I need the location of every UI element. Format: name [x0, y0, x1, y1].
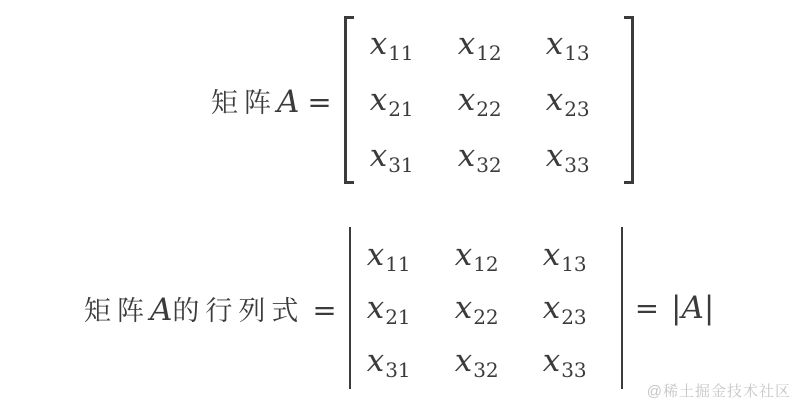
- matrix-cell: x12: [455, 230, 521, 280]
- matrix-entries-grid: x11x12x13x21x22x23x31x32x33: [354, 16, 624, 184]
- matrix-cell: x32: [455, 336, 521, 386]
- matrix-variable: A: [681, 290, 703, 326]
- matrix-cell: x12: [458, 19, 524, 69]
- matrix-cell: x22: [458, 75, 524, 125]
- matrix-cell: x31: [367, 336, 433, 386]
- equals-sign: =: [312, 293, 336, 327]
- determinant-with-vertical-bars: x11x12x13x21x22x23x31x32x33: [349, 227, 623, 389]
- determinant-entries-grid: x11x12x13x21x22x23x31x32x33: [351, 227, 621, 389]
- determinant-result: =|A|: [627, 290, 715, 326]
- label-suffix-text: 的行列式: [172, 289, 304, 328]
- matrix-cell: x33: [543, 336, 609, 386]
- right-square-bracket: [624, 16, 634, 184]
- equation-label: 矩阵A的行列式=: [84, 289, 349, 328]
- equation-matrix-definition: 矩阵A= x11x12x13x21x22x23x31x32x33: [211, 16, 634, 184]
- matrix-cell: x31: [370, 131, 436, 181]
- abs-close-bar: |: [704, 290, 714, 326]
- matrix-cell: x13: [543, 230, 609, 280]
- matrix-cell: x21: [370, 75, 436, 125]
- left-square-bracket: [344, 16, 354, 184]
- equation-label: 矩阵A=: [211, 81, 344, 120]
- matrix-cell: x33: [546, 131, 612, 181]
- matrix-cell: x21: [367, 283, 433, 333]
- abs-open-bar: |: [671, 290, 681, 326]
- matrix-cell: x23: [543, 283, 609, 333]
- matrix-variable: A: [150, 292, 172, 328]
- matrix-with-square-brackets: x11x12x13x21x22x23x31x32x33: [344, 16, 634, 184]
- matrix-variable: A: [277, 84, 299, 120]
- matrix-cell: x22: [455, 283, 521, 333]
- matrix-cell: x32: [458, 131, 524, 181]
- label-prefix-text: 矩阵: [84, 289, 150, 328]
- matrix-cell: x13: [546, 19, 612, 69]
- watermark-text: @稀土掘金技术社区: [647, 380, 791, 401]
- matrix-cell: x23: [546, 75, 612, 125]
- right-determinant-bar: [621, 227, 623, 389]
- equals-sign: =: [635, 291, 659, 325]
- matrix-cell: x11: [367, 230, 433, 280]
- equals-sign: =: [307, 85, 331, 119]
- matrix-cell: x11: [370, 19, 436, 69]
- equation-determinant: 矩阵A的行列式= x11x12x13x21x22x23x31x32x33 =|A…: [84, 227, 714, 389]
- label-prefix-text: 矩阵: [211, 81, 277, 120]
